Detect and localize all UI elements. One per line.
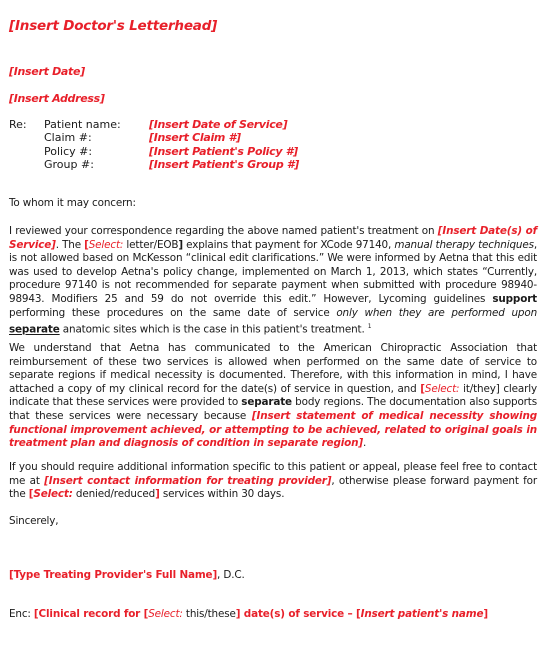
select-label[interactable]: Select:	[89, 239, 124, 251]
select-options[interactable]: it/they	[459, 383, 495, 395]
address-placeholder[interactable]: [Insert Address]	[9, 92, 105, 105]
footnote-marker: 1	[368, 323, 372, 330]
enclosure-text[interactable]: [Clinical record for [	[34, 608, 148, 620]
text: . The	[56, 239, 84, 251]
re-row-value[interactable]: [Insert Date of Service]	[149, 118, 287, 131]
paragraph-3: If you should require additional informa…	[9, 461, 537, 502]
select-options[interactable]: this/these	[183, 608, 236, 620]
contact-info-placeholder[interactable]: [Insert contact information for treating…	[44, 475, 331, 487]
re-row-label: Claim #:	[44, 131, 92, 144]
select-label[interactable]: Select:	[33, 488, 72, 500]
re-row-label: Group #:	[44, 158, 94, 171]
letterhead-placeholder[interactable]: [Insert Doctor's Letterhead]	[9, 18, 217, 34]
text: .	[363, 437, 366, 449]
text: services within 30 days.	[160, 488, 285, 500]
select-options[interactable]: denied/reduced	[73, 488, 155, 500]
text-italic: manual therapy techniques	[394, 239, 533, 251]
enclosure-label: Enc:	[9, 608, 34, 620]
patient-name-placeholder[interactable]: Insert patient's name	[361, 608, 484, 620]
enclosure-text[interactable]: ] date(s) of service – [	[236, 608, 361, 620]
re-label: Re:	[9, 118, 27, 131]
text: I reviewed your correspondence regarding…	[9, 225, 438, 237]
re-row-label: Patient name:	[44, 118, 121, 131]
credential-suffix: , D.C.	[217, 569, 245, 581]
text: anatomic sites which is the case in this…	[60, 324, 368, 336]
enclosure-line: Enc: [Clinical record for [Select: this/…	[9, 608, 537, 622]
text-bold: support	[492, 293, 537, 305]
text-bold: separate	[241, 396, 292, 408]
salutation: To whom it may concern:	[9, 197, 537, 211]
signature-line: [Type Treating Provider's Full Name], D.…	[9, 569, 537, 583]
select-options[interactable]: letter/EOB	[123, 239, 178, 251]
paragraph-1: I reviewed your correspondence regarding…	[9, 225, 537, 337]
provider-name-placeholder[interactable]: [Type Treating Provider's Full Name]	[9, 569, 217, 581]
select-label[interactable]: Select:	[425, 383, 460, 395]
select-label[interactable]: Select:	[148, 608, 183, 620]
enclosure-text: ]	[483, 608, 488, 620]
re-row-value[interactable]: [Insert Patient's Policy #]	[149, 145, 298, 158]
text: performing these procedures on the same …	[9, 307, 336, 319]
re-row-value[interactable]: [Insert Patient's Group #]	[149, 158, 299, 171]
paragraph-2: We understand that Aetna has communicate…	[9, 342, 537, 451]
re-row-label: Policy #:	[44, 145, 92, 158]
closing: Sincerely,	[9, 515, 537, 529]
date-placeholder[interactable]: [Insert Date]	[9, 65, 85, 78]
text-bold-underline: separate	[9, 324, 60, 336]
text: explains that payment for XCode 97140,	[183, 239, 394, 251]
re-row-value[interactable]: [Insert Claim #]	[149, 131, 241, 144]
text-italic: only when they are performed upon	[336, 307, 537, 319]
